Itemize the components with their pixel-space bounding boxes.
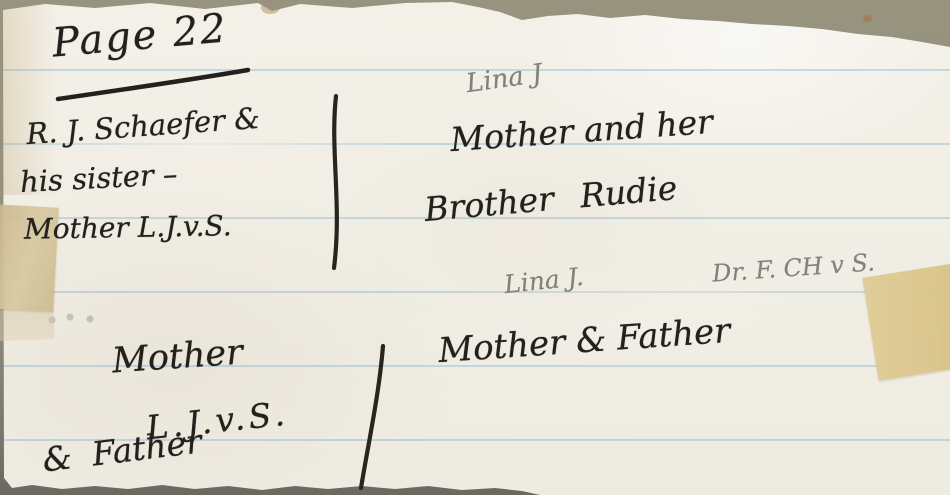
photograph-of-handwritten-note: Page 22 R. J. Schaefer & his sister – Mo…	[0, 0, 950, 495]
group1-subject-line3: Mother L.J.v.S.	[24, 212, 232, 244]
rust-speck	[863, 15, 872, 22]
group2-subject-line1: Mother	[111, 335, 244, 379]
group1-subject-line2: his sister –	[19, 160, 178, 197]
tape-right	[862, 263, 950, 380]
paper-stain-spot	[261, 1, 280, 14]
